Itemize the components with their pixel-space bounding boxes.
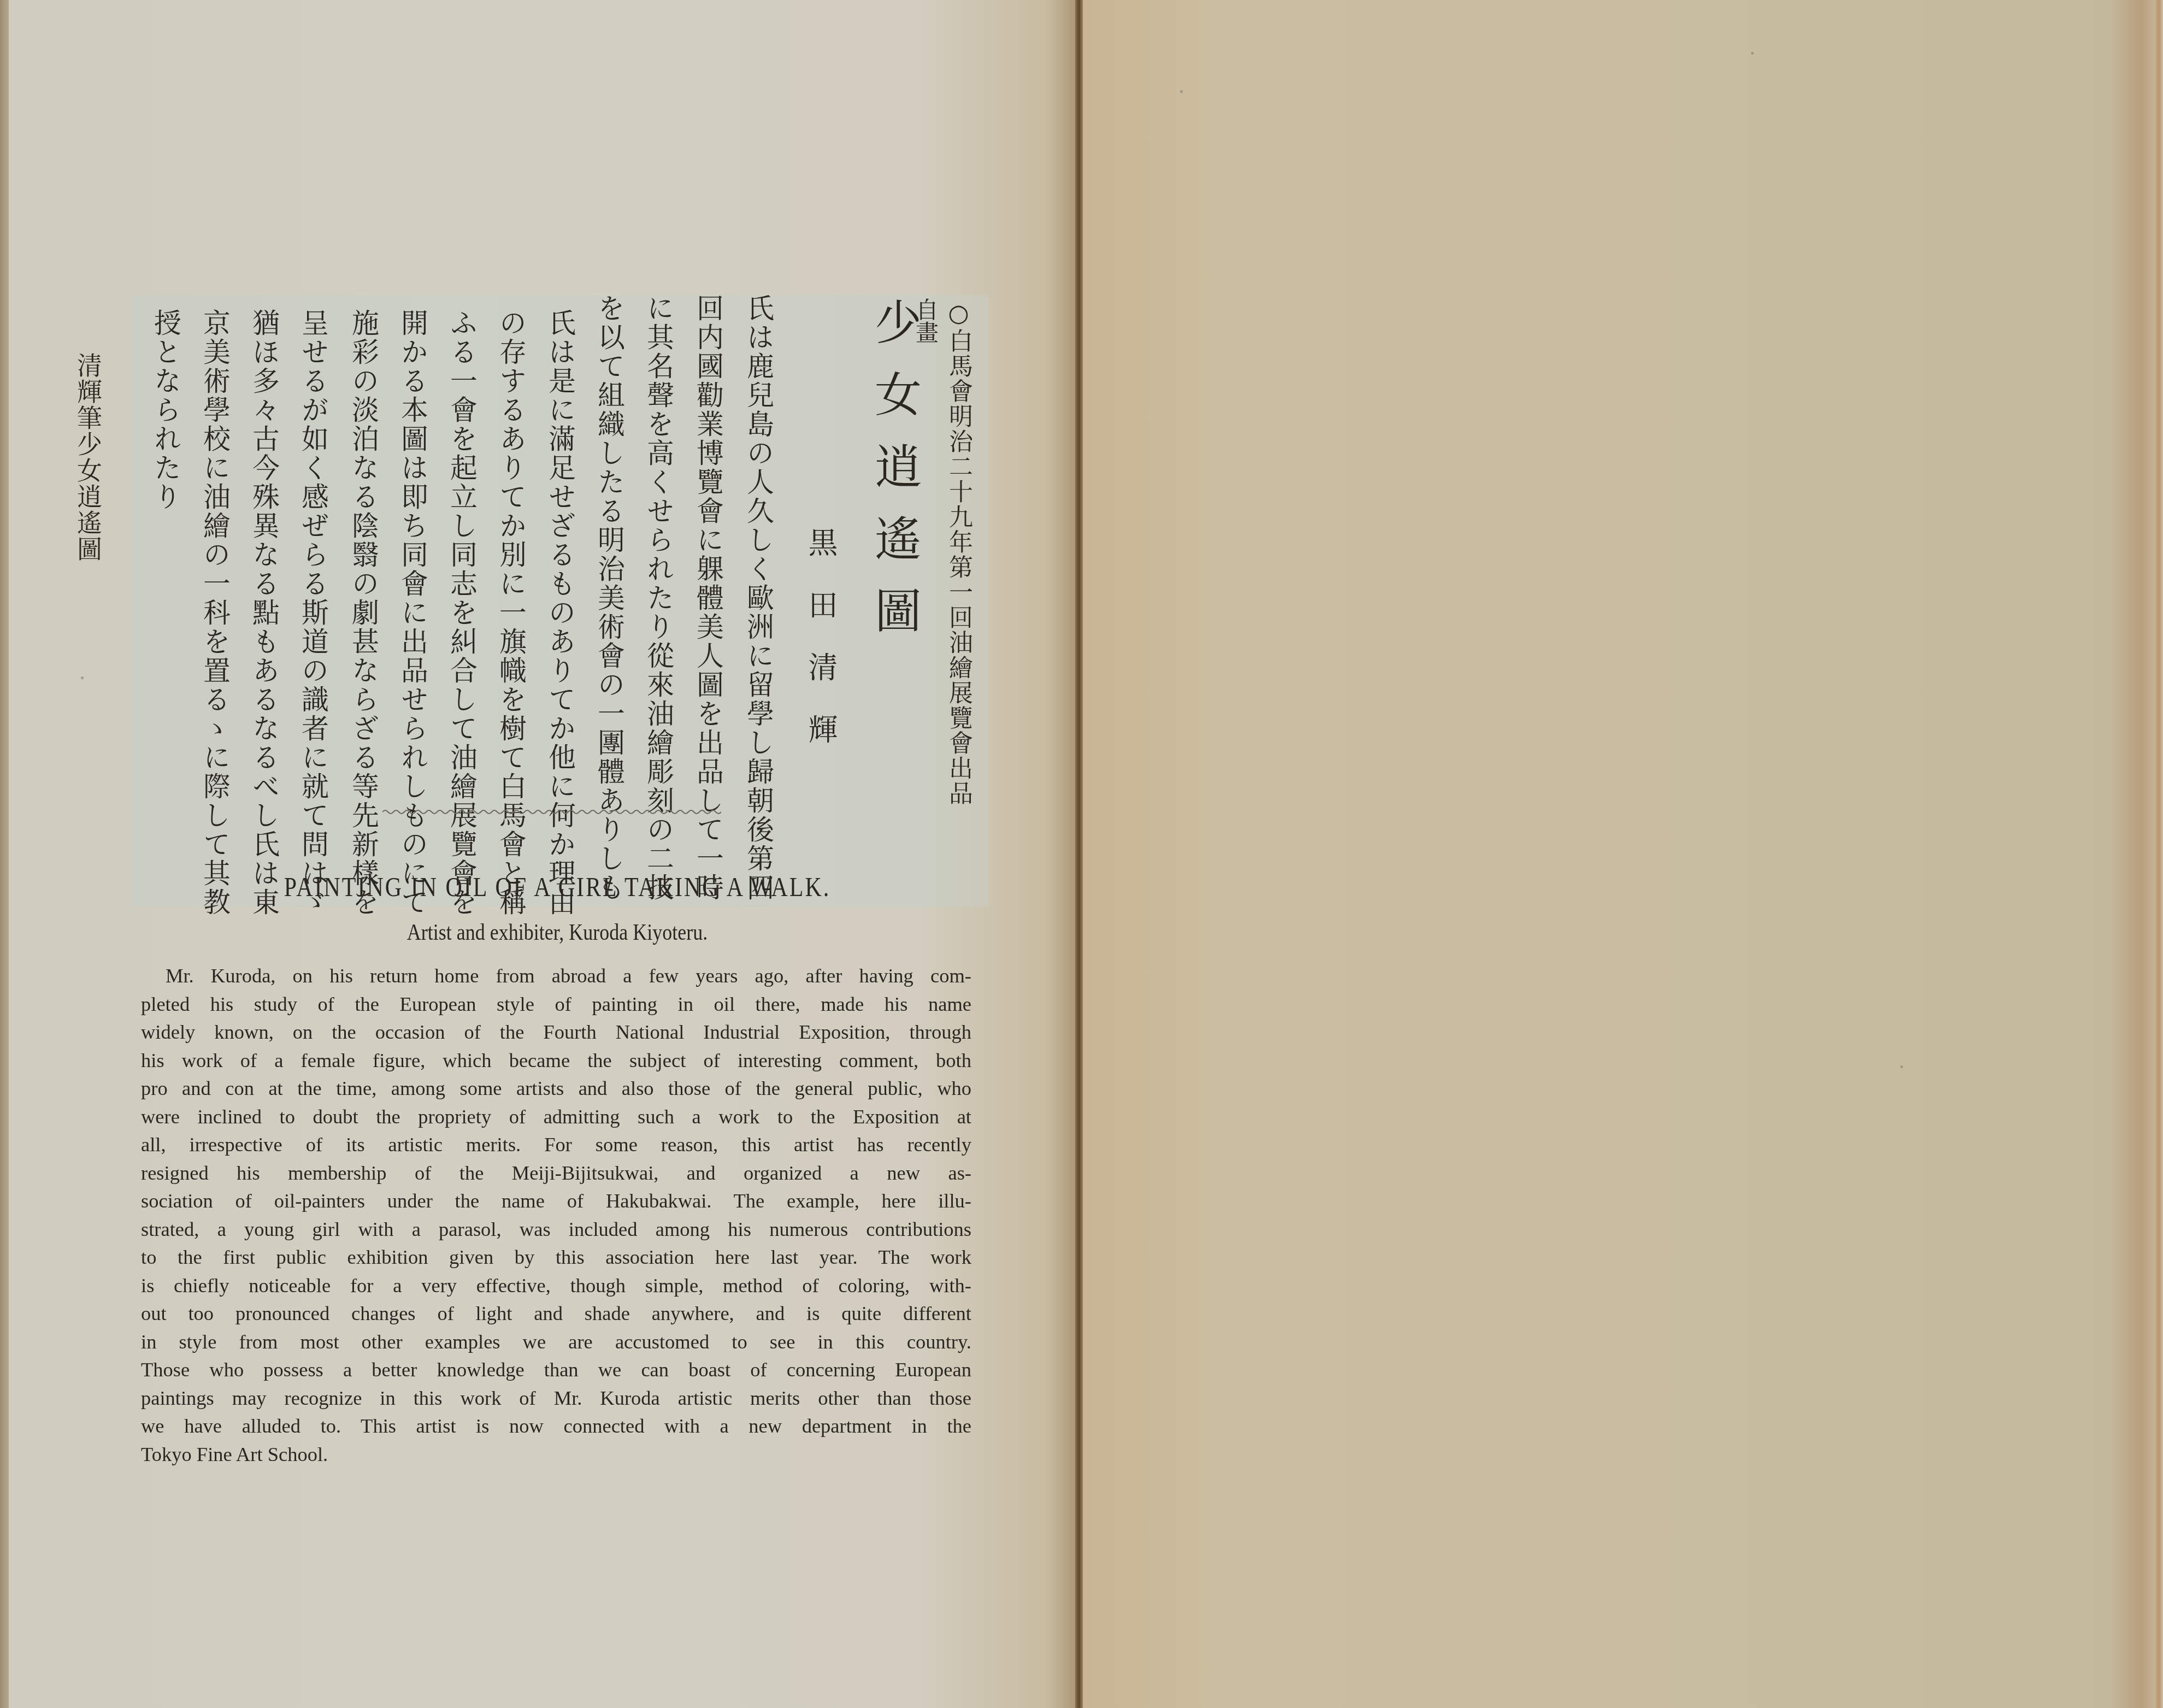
english-body-line: Mr. Kuroda, on his return home from abro… (141, 962, 971, 990)
english-body-line: resigned his membership of the Meiji-Bij… (141, 1159, 971, 1187)
jp-title: 少女逍遙圖 (860, 298, 928, 658)
jp-body-column: 施彩の淡泊なる陰翳の劇甚ならざる等先新樣を (350, 309, 377, 917)
english-body-line: sociation of oil-painters under the name… (141, 1187, 971, 1215)
jp-body-column: 氏は是に滿足せざるものありてか他に何か理由 (546, 309, 574, 917)
paper-speck (1180, 90, 1183, 93)
english-body-line: Those who possess a better knowledge tha… (141, 1356, 971, 1384)
right-page-blank (1083, 0, 2163, 1708)
english-body-line: Tokyo Fine Art School. (141, 1440, 971, 1469)
english-body-line: all, irrespective of its artistic merits… (141, 1130, 971, 1159)
jp-body-column: 京美術學校に油繪の一科を置るゝに際して其教 (201, 309, 228, 917)
english-title: PAINTING IN OIL OF A GIRL TAKING A WALK. (131, 871, 983, 903)
english-subtitle: Artist and exhibiter, Kuroda Kiyoteru. (131, 919, 983, 945)
jp-body-column: 猶ほ多々古今殊異なる點もあるなるべし氏は東 (250, 309, 278, 917)
jp-plate-caption: 清輝筆少女逍遙圖 (70, 352, 106, 562)
book-edge-right (2155, 0, 2163, 1708)
english-body-line: in style from most other examples we are… (141, 1328, 971, 1356)
english-body-line: we have alluded to. This artist is now c… (141, 1412, 971, 1440)
english-body-line: is chiefly noticeable for a very effecti… (141, 1271, 971, 1300)
paper-speck (1900, 1065, 1903, 1068)
jp-exhibition-heading: ○白馬會明治二十九年第一回油繪展覽會出品 (941, 299, 976, 806)
english-body-line: were inclined to doubt the propriety of … (141, 1103, 971, 1131)
book-edge-left (0, 0, 9, 1708)
jp-body-column: 開かる本圖は即ち同會に出品せられしものにて (399, 309, 426, 917)
jp-body-column: ふる一會を起立し同志を糾合して油繪展覽會を (448, 309, 475, 917)
wavy-divider (382, 808, 721, 816)
book-gutter (1075, 0, 1083, 1708)
jp-body-column: の存するありてか別に一旗幟を樹て白馬會と稱 (497, 309, 524, 917)
paper-speck (1751, 52, 1754, 55)
english-body-line: to the first public exhibition given by … (141, 1243, 971, 1271)
english-body-line: paintings may recognize in this work of … (141, 1384, 971, 1412)
english-body-line: pleted his study of the European style o… (141, 990, 971, 1018)
english-body: Mr. Kuroda, on his return home from abro… (141, 962, 971, 1468)
jp-body-column: 氏は鹿兒島の人久しく歐洲に留學し歸朝後第四 (745, 294, 772, 902)
paper-speck (81, 676, 84, 679)
english-body-line: out too pronounced changes of light and … (141, 1299, 971, 1328)
jp-author-name: 黒田清輝 (800, 527, 842, 776)
english-body-line: widely known, on the occasion of the Fou… (141, 1018, 971, 1046)
english-body-line: his work of a female figure, which becam… (141, 1046, 971, 1075)
jp-body-column: 呈せるが如く感ぜらる斯道の識者に就て問はゞ (299, 309, 327, 917)
english-body-line: strated, a young girl with a parasol, wa… (141, 1215, 971, 1244)
english-body-line: pro and con at the time, among some arti… (141, 1074, 971, 1103)
jp-body-column: 授となられたり (152, 309, 179, 511)
